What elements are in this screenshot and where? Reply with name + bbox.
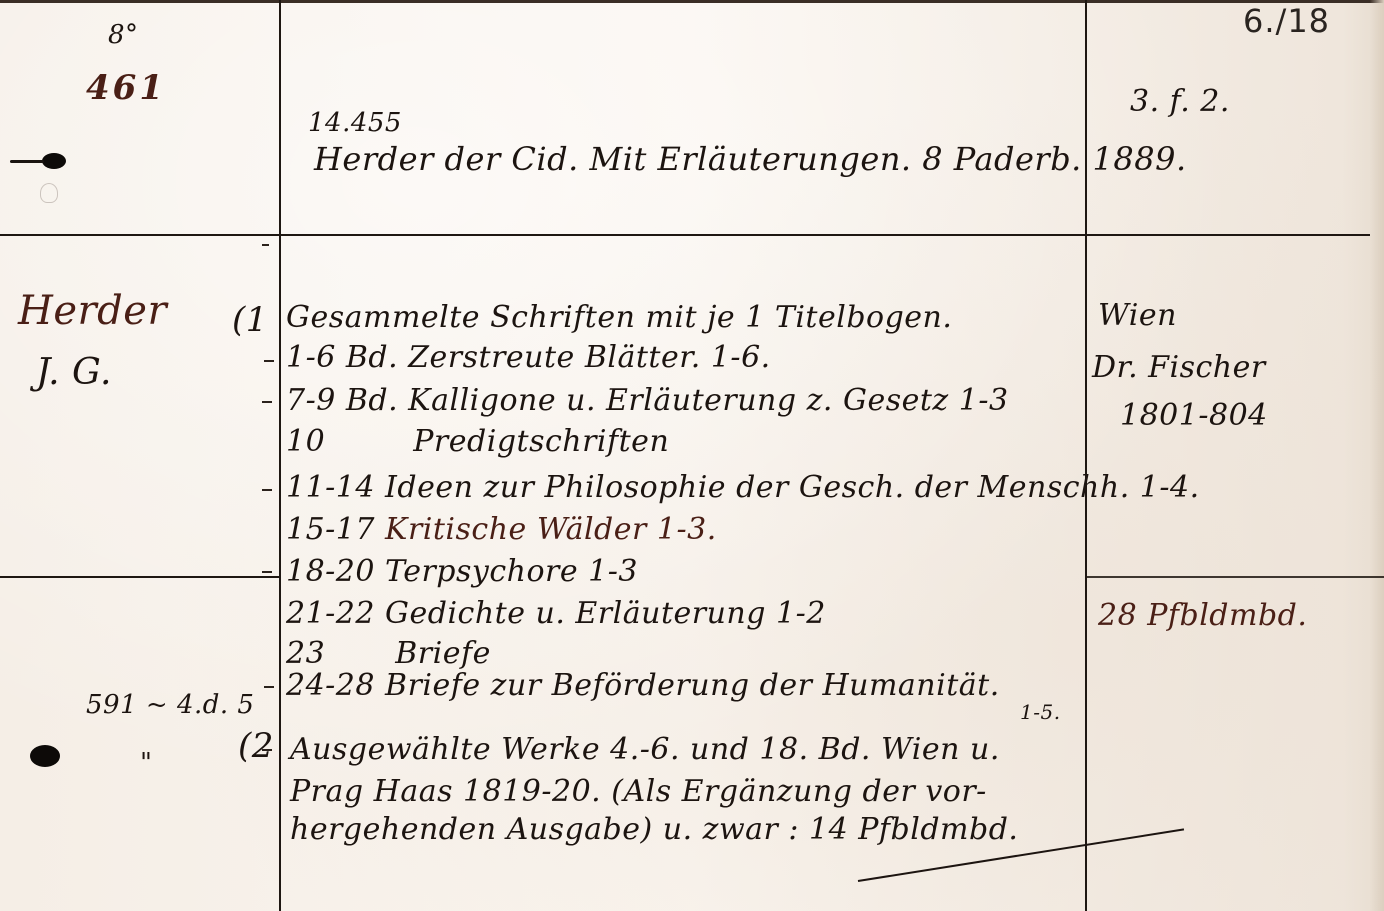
volume-range: 23 xyxy=(286,636,325,671)
volume-range: 18-20 xyxy=(286,554,375,589)
volume-range: 21-22 xyxy=(286,596,375,631)
second-entry-line: hergehenden Ausgabe) u. zwar : 14 Pfbldm… xyxy=(290,812,1018,847)
volume-count: 28 Pfbldmbd. xyxy=(1098,598,1307,633)
margin-tick xyxy=(262,571,272,573)
entry-text: 1-5. xyxy=(1020,700,1061,724)
entry-line: 1-6 Bd. Zerstreute Blätter. 1-6. xyxy=(286,340,771,375)
ink-blot-top xyxy=(42,153,66,169)
shelf-number: 461 xyxy=(86,68,166,108)
entry-text: Ideen zur Philosophie der Gesch. der Men… xyxy=(385,470,1200,505)
entry-line: 23 Briefe xyxy=(286,636,491,671)
second-entry-call-number: 591 ~ 4.d. 5 xyxy=(86,690,254,720)
card-right-edge-shadow xyxy=(1370,0,1384,911)
entry-text: Gedichte u. Erläuterung 1-2 xyxy=(385,596,826,631)
volume-range: 24-28 xyxy=(286,668,375,703)
entry-line: 10 Predigtschriften xyxy=(286,424,669,459)
entry-text: Kritische Wälder 1-3. xyxy=(385,512,717,547)
margin-tick xyxy=(264,686,274,688)
margin-tick xyxy=(262,244,269,246)
entry-line: 24-28 Briefe zur Beförderung der Humanit… xyxy=(286,668,1000,703)
imprint-place: Wien xyxy=(1098,298,1177,333)
ditto-mark: " xyxy=(140,748,152,778)
entry-text: Gesammelte Schriften mit je 1 Titelbogen… xyxy=(286,300,952,335)
horizontal-rule-right-section xyxy=(1085,576,1384,578)
entry-text: Bd. Kalligone u. Erläuterung z. Gesetz 1… xyxy=(346,383,1009,418)
vertical-rule-left xyxy=(279,0,281,911)
horizontal-rule-header xyxy=(0,234,1370,236)
imprint-publisher: Dr. Fischer xyxy=(1092,350,1266,385)
volume-range: 10 xyxy=(286,424,325,459)
entry-marker-2: (2 xyxy=(238,726,274,766)
horizontal-rule-left-section xyxy=(0,576,281,578)
author-initials: J. G. xyxy=(36,352,112,393)
entry-marker-1: (1 xyxy=(232,300,268,340)
entry-text: Predigtschriften xyxy=(413,424,669,459)
ink-blot-bottom xyxy=(30,745,60,767)
catalog-card: 8° 461 6./18 3. f. 2. 14.455 Herder der … xyxy=(0,0,1384,911)
entry-text: Briefe zur Beförderung der Humanität. xyxy=(385,668,1000,703)
volume-range: 1-6 xyxy=(286,340,336,375)
card-top-edge xyxy=(0,0,1384,3)
entry-line: 11-14 Ideen zur Philosophie der Gesch. d… xyxy=(286,470,1200,505)
entry-text: Briefe xyxy=(395,636,491,671)
entry-line: 1-5. xyxy=(1020,700,1061,724)
card-index-number: 6./18 xyxy=(1243,2,1330,40)
entry-line: 18-20 Terpsychore 1-3 xyxy=(286,554,638,589)
entry-line: 21-22 Gedichte u. Erläuterung 1-2 xyxy=(286,596,826,631)
accession-number: 14.455 xyxy=(308,108,402,138)
second-entry-line: Ausgewählte Werke 4.-6. und 18. Bd. Wien… xyxy=(290,732,1000,767)
ink-streak xyxy=(10,160,44,163)
imprint-years: 1801-804 xyxy=(1120,398,1268,433)
entry-line: Gesammelte Schriften mit je 1 Titelbogen… xyxy=(286,300,952,335)
author-surname: Herder xyxy=(18,288,167,334)
volume-range: 11-14 xyxy=(286,470,375,505)
header-title-line: Herder der Cid. Mit Erläuterungen. 8 Pad… xyxy=(314,140,1187,178)
faint-pencil-mark xyxy=(40,183,58,203)
margin-tick xyxy=(262,489,272,491)
volume-range: 15-17 xyxy=(286,512,375,547)
vertical-rule-right xyxy=(1085,0,1087,911)
margin-tick xyxy=(262,401,272,403)
entry-text: Bd. Zerstreute Blätter. 1-6. xyxy=(346,340,771,375)
second-entry-line: Prag Haas 1819-20. (Als Ergänzung der vo… xyxy=(290,774,987,809)
entry-line: 7-9 Bd. Kalligone u. Erläuterung z. Gese… xyxy=(286,383,1009,418)
margin-tick xyxy=(264,360,274,362)
call-mark: 3. f. 2. xyxy=(1130,84,1230,119)
format-mark: 8° xyxy=(108,20,139,50)
entry-text: Terpsychore 1-3 xyxy=(385,554,638,589)
volume-range: 7-9 xyxy=(286,383,336,418)
entry-line: 15-17 Kritische Wälder 1-3. xyxy=(286,512,717,547)
